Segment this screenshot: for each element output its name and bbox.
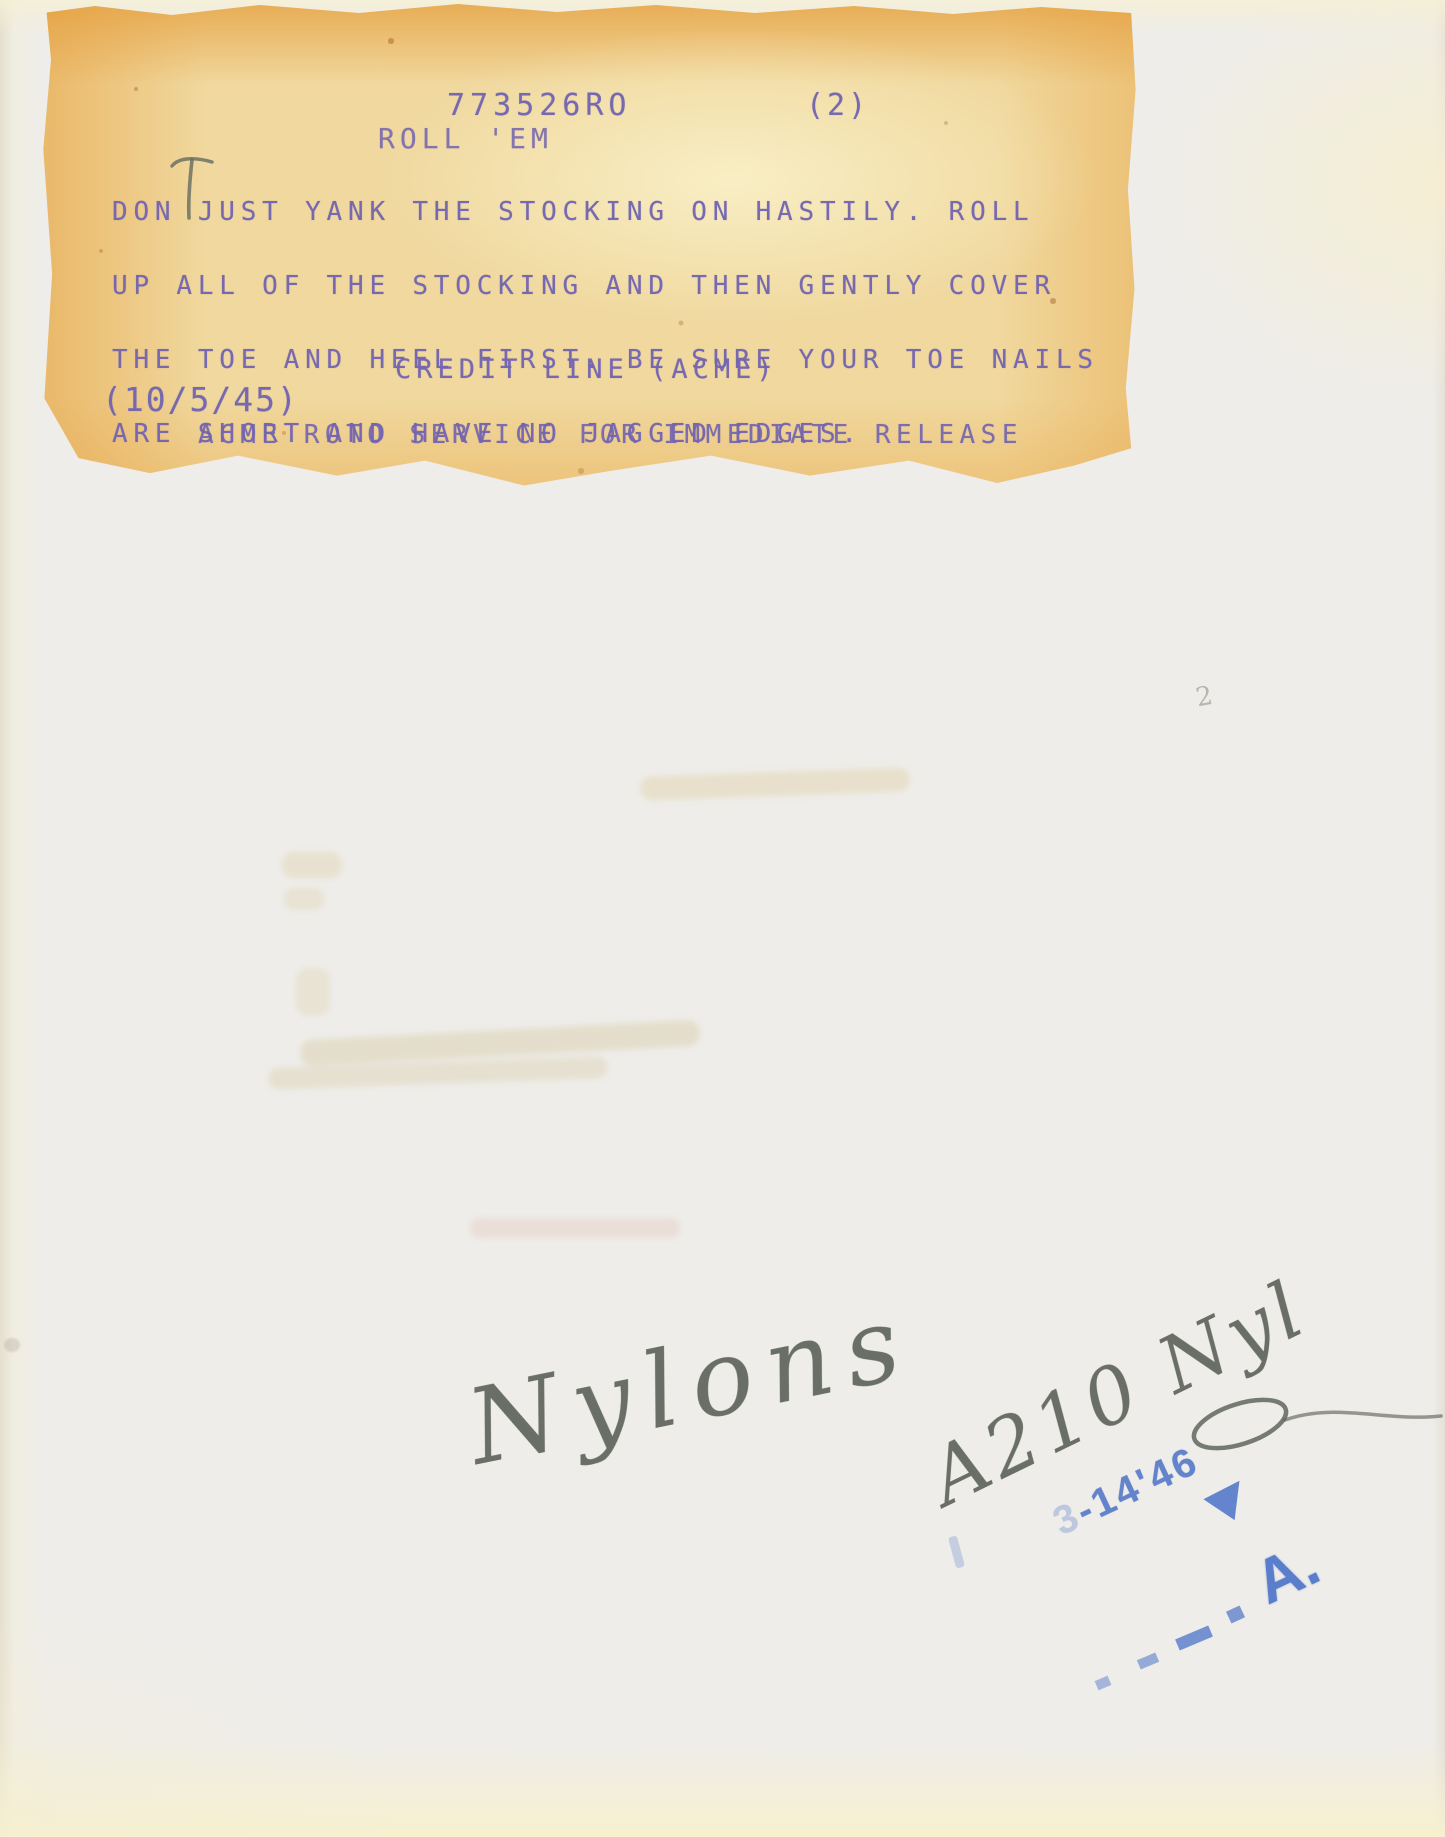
stamp-tick-icon (948, 1535, 965, 1568)
caption-line-1: DON JUST YANK THE STOCKING ON HASTILY. R… (112, 197, 1035, 227)
pencil-speck (4, 1338, 20, 1352)
ghost-impression (296, 968, 330, 1016)
stamp-dash-icon (1175, 1625, 1213, 1650)
stamp-triangle-icon (1201, 1481, 1250, 1528)
caption-slip: 773526RO (2) ROLL 'EM DON JUST YANK THE … (40, 0, 1140, 498)
photo-verso-scan: 773526RO (2) ROLL 'EM DON JUST YANK THE … (0, 0, 1445, 1837)
pencil-flourish-icon (1185, 1392, 1445, 1462)
ghost-impression (640, 767, 911, 800)
serial-number: 773526RO (447, 88, 632, 123)
credit-line: CREDIT LINE (ACME) (395, 354, 778, 385)
ghost-impression (284, 888, 324, 910)
pencil-correction-t-icon (168, 148, 220, 224)
sheet-number: (2) (806, 88, 869, 123)
date-line: (10/5/45) (102, 380, 299, 419)
stamp-letter: A. (1244, 1528, 1330, 1619)
stamp-dash-icon (1137, 1652, 1159, 1669)
pencil-mark-2: 2 (1194, 681, 1216, 713)
ghost-impression (282, 852, 342, 878)
stamp-dash-icon (1095, 1676, 1112, 1691)
caption-line-2: UP ALL OF THE STOCKING AND THEN GENTLY C… (112, 271, 1056, 301)
release-line: ACME ROTO SERVICE FOR IMMEDIATE RELEASE (198, 420, 1023, 450)
stamp-dash-icon (1226, 1605, 1245, 1623)
handwritten-note-nylons: Nylons (458, 1280, 923, 1489)
ghost-impression (470, 1218, 680, 1238)
paper-speckles (40, 0, 42, 2)
caption-title: ROLL 'EM (378, 122, 553, 155)
